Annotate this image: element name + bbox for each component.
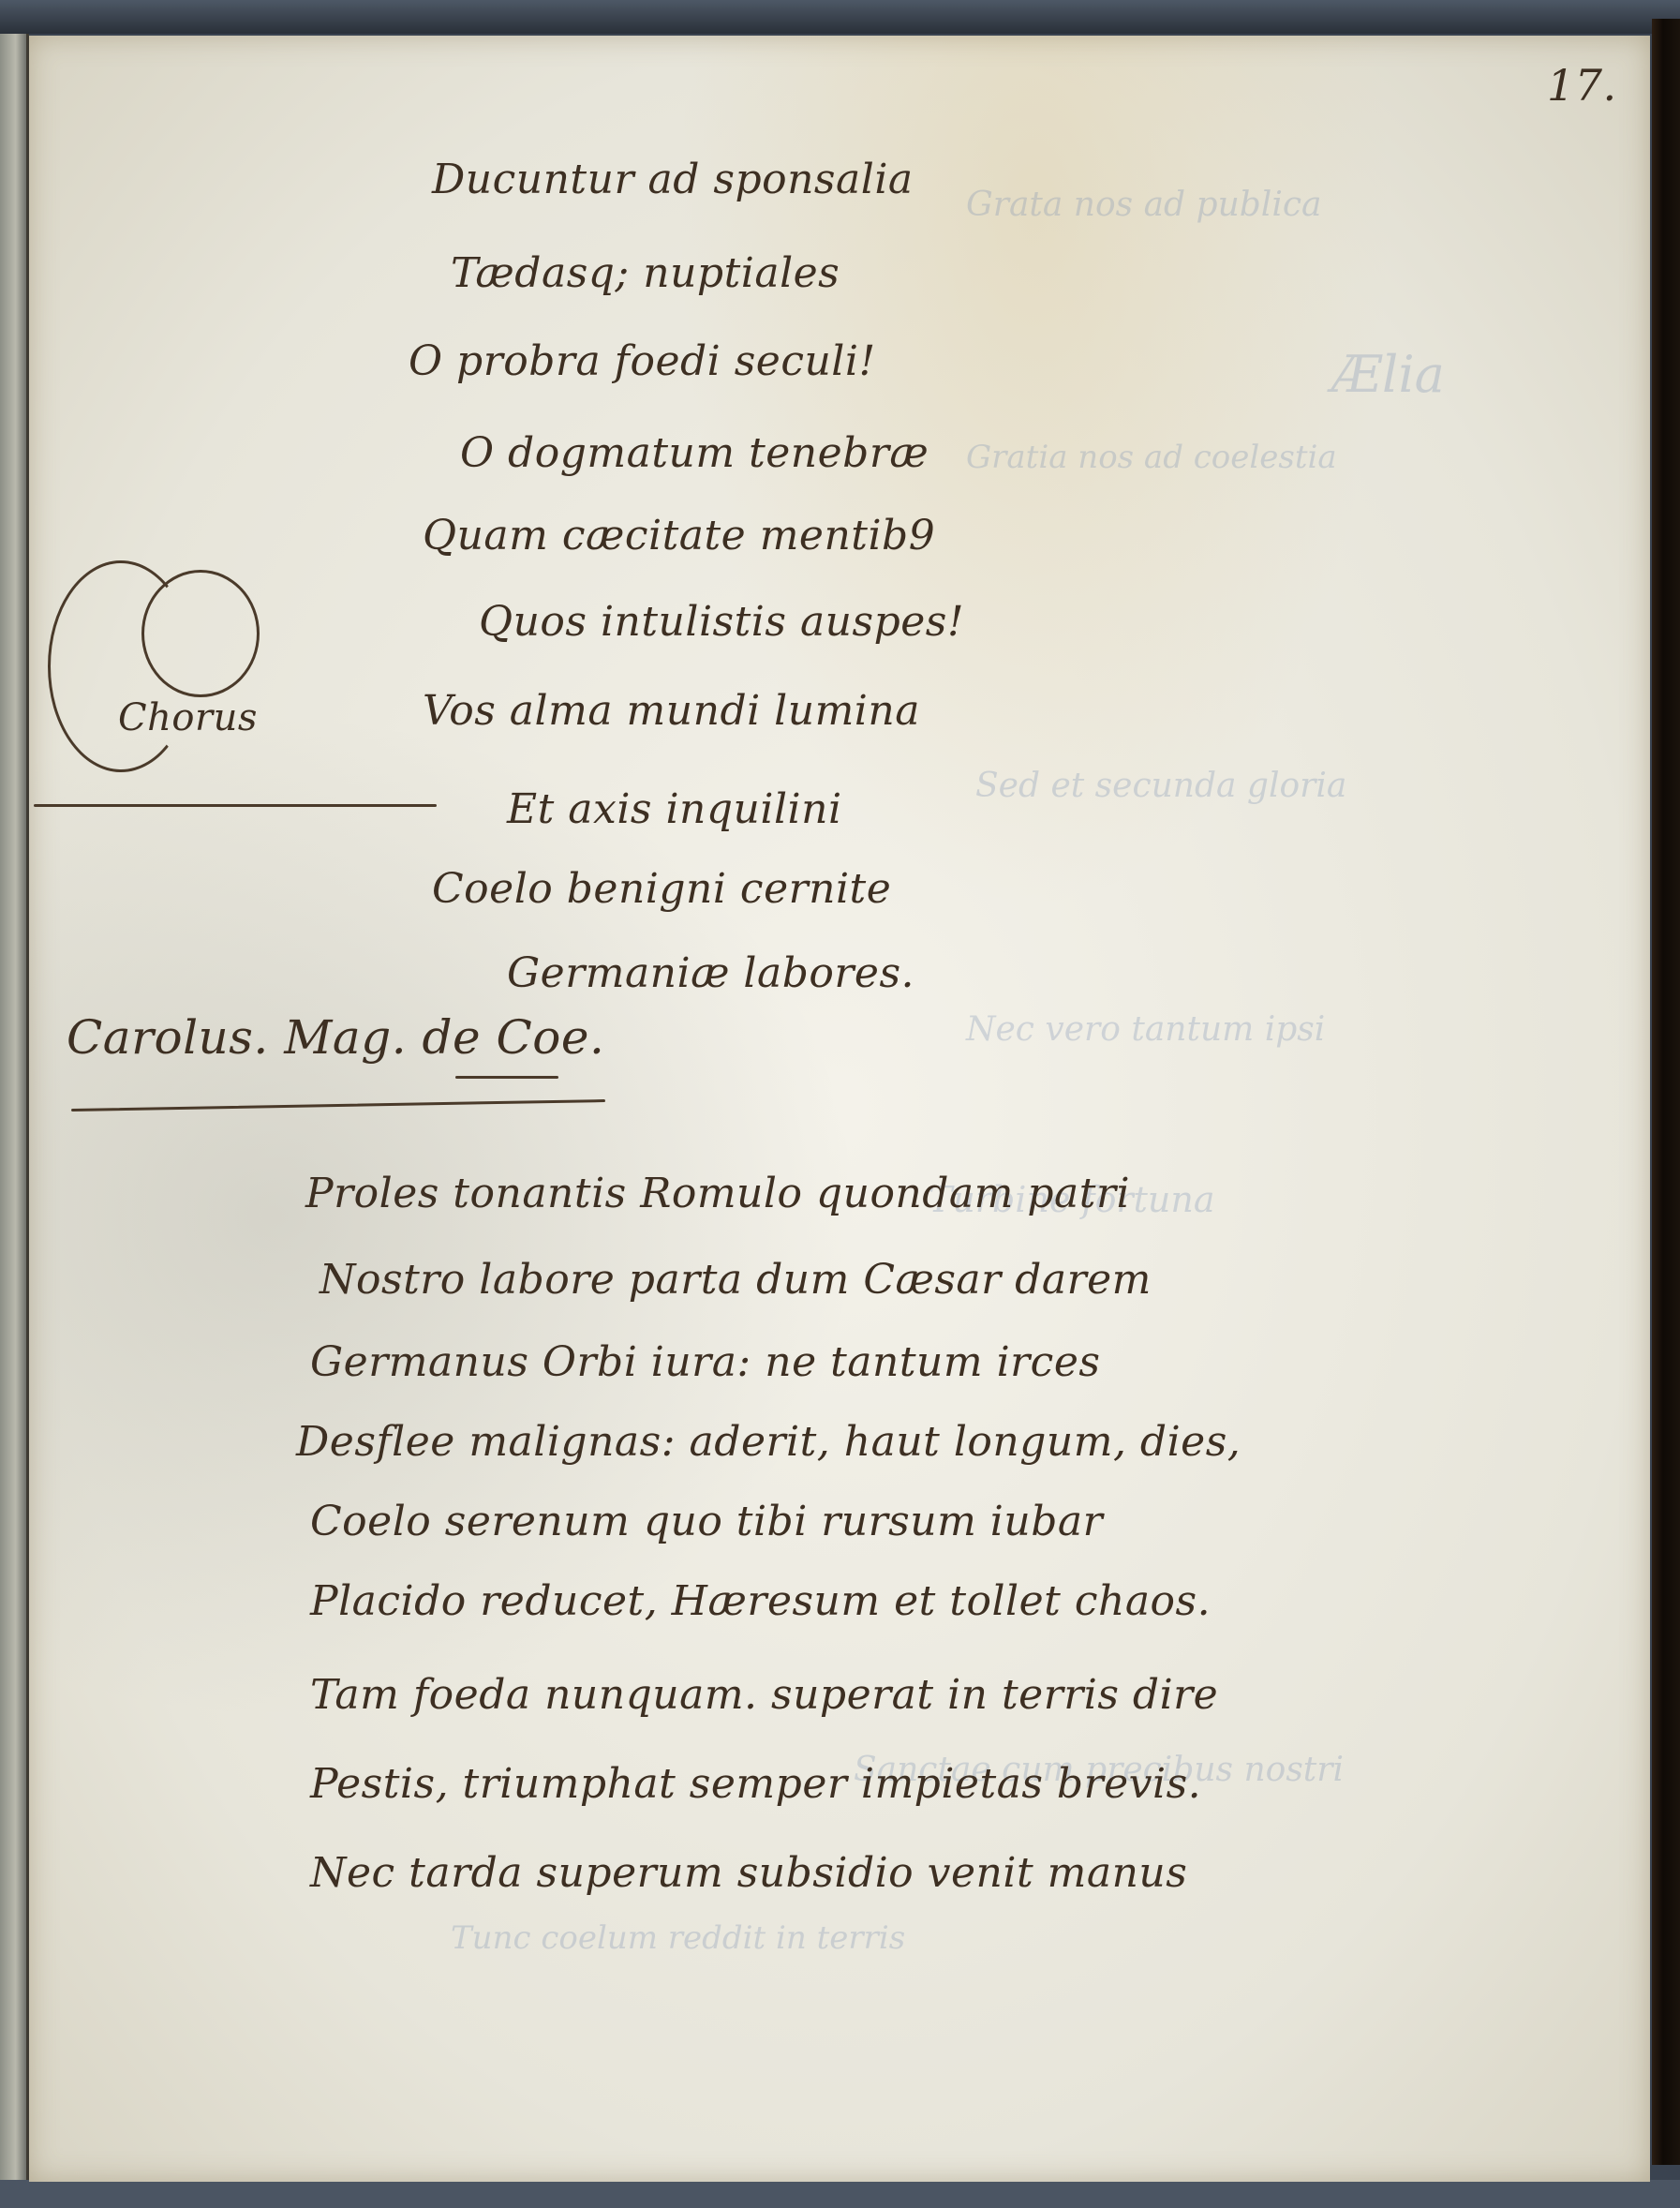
chorus-underline: [34, 804, 437, 807]
speech-line: Placido reducet, Hæresum et tollet chaos…: [310, 1577, 1211, 1625]
bleed-through-line: Grata nos ad publica: [966, 186, 1321, 224]
verse-line: Coelo benigni cernite: [432, 865, 891, 913]
verse-line: Ducuntur ad sponsalia: [432, 156, 914, 203]
previous-page-edge: [0, 34, 29, 2180]
speech-line: Desflee malignas: aderit, haut longum, d…: [296, 1418, 1241, 1466]
speech-line: Germanus Orbi iura: ne tantum irces: [310, 1338, 1100, 1386]
speech-line: Pestis, triumphat semper impietas brevis…: [310, 1760, 1201, 1808]
bleed-through-label: Ælia: [1331, 345, 1445, 404]
manuscript-page: Ælia Grata nos ad publica Gratia nos ad …: [29, 36, 1650, 2182]
verse-line: Germaniæ labores.: [507, 949, 914, 997]
verse-line: Quos intulistis auspes!: [479, 598, 964, 646]
verse-line: Et axis inquilini: [507, 785, 842, 833]
bleed-through-line: Sed et secunda gloria: [975, 767, 1346, 805]
bleed-through-line: Gratia nos ad coelestia: [966, 439, 1337, 476]
chorus-flourish-loop: [141, 570, 260, 697]
book-cover-edge: [1652, 19, 1680, 2165]
folio-number: 17.: [1547, 60, 1617, 111]
scanner-background-bottom: [0, 2180, 1680, 2208]
speech-line: Nostro labore parta dum Cæsar darem: [320, 1256, 1152, 1304]
verse-line: Quam cæcitate mentib9: [423, 512, 935, 559]
speech-line: Proles tonantis Romulo quondam patri: [305, 1170, 1130, 1217]
verse-line: Tædasq; nuptiales: [451, 249, 840, 297]
scanner-background-top: [0, 0, 1680, 34]
verse-line: Vos alma mundi lumina: [423, 687, 920, 735]
speech-line: Nec tarda superum subsidio venit manus: [310, 1849, 1187, 1897]
verse-line: O dogmatum tenebræ: [460, 429, 929, 477]
bleed-through-line: Nec vero tantum ipsi: [966, 1010, 1325, 1049]
speech-line: Tam foeda nunquam. superat in terris dir…: [310, 1671, 1218, 1719]
bleed-through-line: Tunc coelum reddit in terris: [451, 1919, 905, 1957]
verse-line: O probra foedi seculi!: [409, 337, 876, 385]
speech-line: Coelo serenum quo tibi rursum iubar: [310, 1498, 1103, 1545]
speaker-heading: Carolus. Mag. de Coe.: [67, 1010, 604, 1065]
chorus-label: Chorus: [118, 696, 258, 739]
speaker-heading-underline-short: [455, 1076, 558, 1079]
speaker-heading-underline: [71, 1099, 605, 1111]
